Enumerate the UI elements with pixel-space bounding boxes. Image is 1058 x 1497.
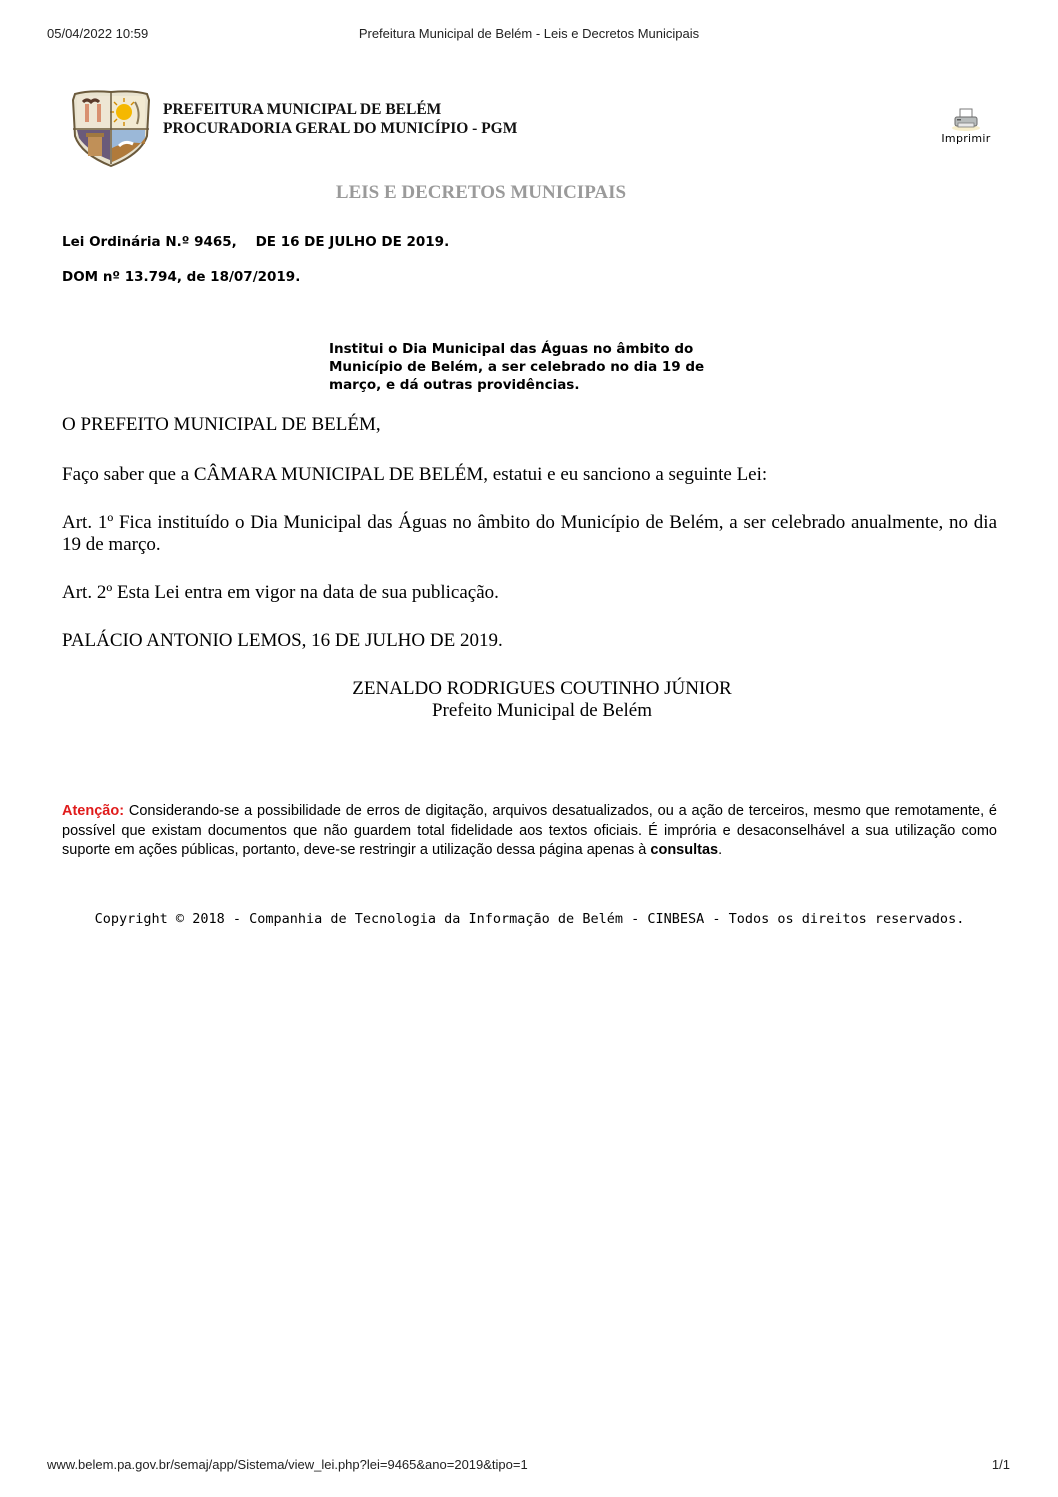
article-1: Art. 1º Fica instituído o Dia Municipal … [62,512,997,556]
enactment-clause: Faço saber que a CÂMARA MUNICIPAL DE BEL… [62,464,997,486]
law-publication: DOM nº 13.794, de 18/07/2019. [62,269,300,285]
signatory-name: ZENALDO RODRIGUES COUTINHO JÚNIOR [62,678,1022,700]
law-summary: Institui o Dia Municipal das Águas no âm… [329,340,749,394]
org-department: PROCURADORIA GERAL DO MUNICÍPIO - PGM [163,119,517,138]
signatory-title: Prefeito Municipal de Belém [62,700,1022,722]
disclaimer-end: . [718,842,722,858]
organization-header: PREFEITURA MUNICIPAL DE BELÉM PROCURADOR… [163,100,517,138]
page-counter: 1/1 [992,1457,1010,1472]
copyright-notice: Copyright © 2018 - Companhia de Tecnolog… [62,911,997,928]
place-and-date: PALÁCIO ANTONIO LEMOS, 16 DE JULHO DE 20… [62,630,997,652]
preamble: O PREFEITO MUNICIPAL DE BELÉM, [62,414,997,436]
signature-block: ZENALDO RODRIGUES COUTINHO JÚNIOR Prefei… [62,678,1022,722]
law-number: Lei Ordinária N.º 9465, DE 16 DE JULHO D… [62,234,449,250]
org-name: PREFEITURA MUNICIPAL DE BELÉM [163,100,517,119]
page-url: www.belem.pa.gov.br/semaj/app/Sistema/vi… [47,1457,528,1472]
disclaimer-text: Considerando-se a possibilidade de erros… [62,803,997,858]
print-button[interactable]: Imprimir [936,108,996,150]
coat-of-arms-icon [69,88,153,168]
section-title: LEIS E DECRETOS MUNICIPAIS [0,182,962,204]
disclaimer-label: Atenção: [62,803,124,819]
print-footer: www.belem.pa.gov.br/semaj/app/Sistema/vi… [0,1457,1058,1475]
print-header: 05/04/2022 10:59 Prefeitura Municipal de… [0,26,1058,44]
print-page-title: Prefeitura Municipal de Belém - Leis e D… [0,26,1058,41]
print-label: Imprimir [936,132,996,145]
disclaimer: Atenção: Considerando-se a possibilidade… [62,802,997,861]
article-2: Art. 2º Esta Lei entra em vigor na data … [62,582,997,604]
disclaimer-emphasis: consultas [650,842,718,858]
printer-icon [936,108,996,132]
